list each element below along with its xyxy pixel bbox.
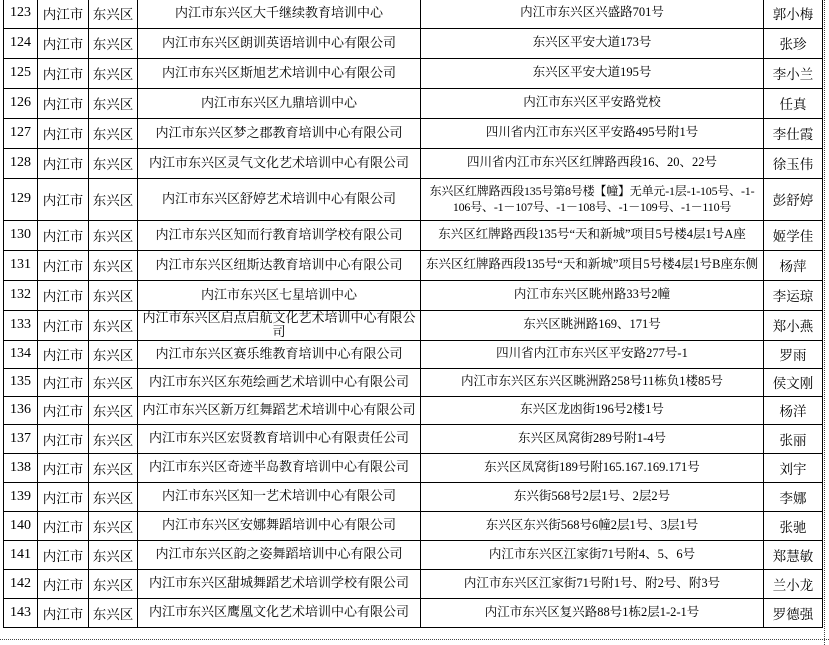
cell-institution-name: 内江市东兴区宏贤教育培训中心有限责任公司 <box>138 424 421 453</box>
table-row: 125内江市东兴区内江市东兴区斯旭艺术培训中心有限公司东兴区平安大道195号李小… <box>4 58 823 88</box>
cell-institution-name: 内江市东兴区大千继续教育培训中心 <box>138 0 421 28</box>
cell-address: 东兴区红牌路西段135号“天和新城”项目5号楼4层1号A座 <box>421 220 764 250</box>
cell-address: 东兴区红牌路西段135号“天和新城”项目5号楼4层1号B座东侧 <box>421 250 764 280</box>
cell-institution-name: 内江市东兴区九鼎培训中心 <box>138 88 421 118</box>
cell-district: 东兴区 <box>89 569 138 598</box>
cell-city: 内江市 <box>38 250 89 280</box>
table-row: 138内江市东兴区内江市东兴区奇迹半岛教育培训中心有限公司东兴区凤窝街189号附… <box>4 453 823 482</box>
cell-address: 东兴区平安大道173号 <box>421 28 764 58</box>
table-row: 136内江市东兴区内江市东兴区新万红舞蹈艺术培训中心有限公司东兴区龙凼街196号… <box>4 396 823 424</box>
cell-person: 张驰 <box>764 511 823 540</box>
cell-person: 李小兰 <box>764 58 823 88</box>
cell-number: 128 <box>4 148 38 178</box>
cell-district: 东兴区 <box>89 58 138 88</box>
cell-city: 内江市 <box>38 28 89 58</box>
table-row: 123内江市东兴区内江市东兴区大千继续教育培训中心内江市东兴区兴盛路701号郭小… <box>4 0 823 28</box>
cell-address: 内江市东兴区眺州路33号2幢 <box>421 280 764 310</box>
cell-institution-name: 内江市东兴区鹰凰文化艺术培训中心有限公司 <box>138 598 421 627</box>
table-row: 135内江市东兴区内江市东兴区东苑绘画艺术培训中心有限公司内江市东兴区东兴区眺洲… <box>4 368 823 396</box>
cell-address: 四川省内江市东兴区平安路495号附1号 <box>421 118 764 148</box>
cell-district: 东兴区 <box>89 368 138 396</box>
cell-number: 125 <box>4 58 38 88</box>
cell-person: 罗德强 <box>764 598 823 627</box>
cell-institution-name: 内江市东兴区灵气文化艺术培训中心有限公司 <box>138 148 421 178</box>
cell-number: 127 <box>4 118 38 148</box>
page-break-dotted-horizontal-line <box>0 639 829 640</box>
cell-address: 东兴区龙凼街196号2楼1号 <box>421 396 764 424</box>
cell-number: 134 <box>4 340 38 368</box>
table-row: 143内江市东兴区内江市东兴区鹰凰文化艺术培训中心有限公司内江市东兴区复兴路88… <box>4 598 823 627</box>
cell-district: 东兴区 <box>89 424 138 453</box>
table-body: 123内江市东兴区内江市东兴区大千继续教育培训中心内江市东兴区兴盛路701号郭小… <box>4 0 823 627</box>
cell-person: 张珍 <box>764 28 823 58</box>
cell-city: 内江市 <box>38 88 89 118</box>
cell-institution-name: 内江市东兴区安娜舞蹈培训中心有限公司 <box>138 511 421 540</box>
cell-number: 140 <box>4 511 38 540</box>
cell-city: 内江市 <box>38 58 89 88</box>
cell-city: 内江市 <box>38 280 89 310</box>
cell-number: 132 <box>4 280 38 310</box>
cell-institution-name: 内江市东兴区奇迹半岛教育培训中心有限公司 <box>138 453 421 482</box>
cell-city: 内江市 <box>38 148 89 178</box>
cell-person: 杨萍 <box>764 250 823 280</box>
cell-city: 内江市 <box>38 453 89 482</box>
cell-address: 四川省内江市东兴区红牌路西段16、20、22号 <box>421 148 764 178</box>
cell-person: 郑慧敏 <box>764 540 823 569</box>
cell-district: 东兴区 <box>89 178 138 220</box>
cell-institution-name: 内江市东兴区纽斯达教育培训中心有限公司 <box>138 250 421 280</box>
cell-person: 刘宇 <box>764 453 823 482</box>
cell-number: 136 <box>4 396 38 424</box>
cell-number: 129 <box>4 178 38 220</box>
cell-district: 东兴区 <box>89 340 138 368</box>
cell-number: 133 <box>4 310 38 340</box>
cell-institution-name: 内江市东兴区东苑绘画艺术培训中心有限公司 <box>138 368 421 396</box>
table-row: 141内江市东兴区内江市东兴区韵之姿舞蹈培训中心有限公司内江市东兴区江家街71号… <box>4 540 823 569</box>
page-break-dotted-vertical-line <box>824 0 825 645</box>
table-row: 133内江市东兴区内江市东兴区启点启航文化艺术培训中心有限公司东兴区眺洲路169… <box>4 310 823 340</box>
cell-person: 侯文刚 <box>764 368 823 396</box>
cell-district: 东兴区 <box>89 28 138 58</box>
cell-institution-name: 内江市东兴区七星培训中心 <box>138 280 421 310</box>
cell-institution-name: 内江市东兴区新万红舞蹈艺术培训中心有限公司 <box>138 396 421 424</box>
cell-address: 四川省内江市东兴区平安路277号-1 <box>421 340 764 368</box>
cell-city: 内江市 <box>38 482 89 511</box>
table-row: 131内江市东兴区内江市东兴区纽斯达教育培训中心有限公司东兴区红牌路西段135号… <box>4 250 823 280</box>
cell-district: 东兴区 <box>89 482 138 511</box>
cell-district: 东兴区 <box>89 118 138 148</box>
cell-institution-name: 内江市东兴区甜城舞蹈艺术培训学校有限公司 <box>138 569 421 598</box>
cell-address: 内江市东兴区兴盛路701号 <box>421 0 764 28</box>
cell-city: 内江市 <box>38 598 89 627</box>
cell-city: 内江市 <box>38 396 89 424</box>
cell-person: 李运琼 <box>764 280 823 310</box>
cell-district: 东兴区 <box>89 540 138 569</box>
cell-city: 内江市 <box>38 424 89 453</box>
cell-city: 内江市 <box>38 511 89 540</box>
table-row: 134内江市东兴区内江市东兴区赛乐维教育培训中心有限公司四川省内江市东兴区平安路… <box>4 340 823 368</box>
cell-number: 139 <box>4 482 38 511</box>
cell-address: 东兴区凤窝街189号附165.167.169.171号 <box>421 453 764 482</box>
cell-district: 东兴区 <box>89 511 138 540</box>
table-row: 132内江市东兴区内江市东兴区七星培训中心内江市东兴区眺州路33号2幢李运琼 <box>4 280 823 310</box>
cell-number: 124 <box>4 28 38 58</box>
cell-address: 东兴区红牌路西段135号第8号楼【幢】无单元-1层-1-105号、-1-106号… <box>421 178 764 220</box>
table-row: 129内江市东兴区内江市东兴区舒婷艺术培训中心有限公司东兴区红牌路西段135号第… <box>4 178 823 220</box>
cell-address: 东兴街568号2层1号、2层2号 <box>421 482 764 511</box>
cell-address: 内江市东兴区复兴路88号1栋2层1-2-1号 <box>421 598 764 627</box>
cell-person: 任真 <box>764 88 823 118</box>
cell-number: 123 <box>4 0 38 28</box>
cell-address: 内江市东兴区江家街71号附1号、附2号、附3号 <box>421 569 764 598</box>
cell-city: 内江市 <box>38 0 89 28</box>
table-row: 137内江市东兴区内江市东兴区宏贤教育培训中心有限责任公司东兴区凤窝街289号附… <box>4 424 823 453</box>
cell-person: 郑小燕 <box>764 310 823 340</box>
cell-institution-name: 内江市东兴区知一艺术培训中心有限公司 <box>138 482 421 511</box>
cell-number: 131 <box>4 250 38 280</box>
cell-institution-name: 内江市东兴区梦之郡教育培训中心有限公司 <box>138 118 421 148</box>
table-row: 128内江市东兴区内江市东兴区灵气文化艺术培训中心有限公司四川省内江市东兴区红牌… <box>4 148 823 178</box>
cell-person: 张丽 <box>764 424 823 453</box>
cell-city: 内江市 <box>38 220 89 250</box>
cell-district: 东兴区 <box>89 280 138 310</box>
cell-address: 东兴区眺洲路169、171号 <box>421 310 764 340</box>
cell-district: 东兴区 <box>89 310 138 340</box>
cell-institution-name: 内江市东兴区知而行教育培训学校有限公司 <box>138 220 421 250</box>
document-page: 123内江市东兴区内江市东兴区大千继续教育培训中心内江市东兴区兴盛路701号郭小… <box>0 0 829 645</box>
table-row: 140内江市东兴区内江市东兴区安娜舞蹈培训中心有限公司东兴区东兴街568号6幢2… <box>4 511 823 540</box>
training-institutions-table: 123内江市东兴区内江市东兴区大千继续教育培训中心内江市东兴区兴盛路701号郭小… <box>3 0 823 628</box>
cell-city: 内江市 <box>38 340 89 368</box>
cell-institution-name: 内江市东兴区舒婷艺术培训中心有限公司 <box>138 178 421 220</box>
cell-number: 137 <box>4 424 38 453</box>
cell-person: 李娜 <box>764 482 823 511</box>
table-row: 124内江市东兴区内江市东兴区朗训英语培训中心有限公司东兴区平安大道173号张珍 <box>4 28 823 58</box>
cell-number: 143 <box>4 598 38 627</box>
cell-number: 135 <box>4 368 38 396</box>
cell-district: 东兴区 <box>89 396 138 424</box>
cell-person: 李仕霞 <box>764 118 823 148</box>
cell-address: 内江市东兴区平安路党校 <box>421 88 764 118</box>
cell-address: 内江市东兴区东兴区眺洲路258号11栋负1楼85号 <box>421 368 764 396</box>
table-row: 130内江市东兴区内江市东兴区知而行教育培训学校有限公司东兴区红牌路西段135号… <box>4 220 823 250</box>
table-row: 127内江市东兴区内江市东兴区梦之郡教育培训中心有限公司四川省内江市东兴区平安路… <box>4 118 823 148</box>
cell-address: 东兴区东兴街568号6幢2层1号、3层1号 <box>421 511 764 540</box>
cell-city: 内江市 <box>38 368 89 396</box>
cell-institution-name: 内江市东兴区赛乐维教育培训中心有限公司 <box>138 340 421 368</box>
cell-number: 126 <box>4 88 38 118</box>
cell-city: 内江市 <box>38 118 89 148</box>
cell-person: 彭舒婷 <box>764 178 823 220</box>
cell-person: 罗雨 <box>764 340 823 368</box>
cell-number: 141 <box>4 540 38 569</box>
cell-city: 内江市 <box>38 569 89 598</box>
table-row: 139内江市东兴区内江市东兴区知一艺术培训中心有限公司东兴街568号2层1号、2… <box>4 482 823 511</box>
cell-address: 东兴区平安大道195号 <box>421 58 764 88</box>
cell-institution-name: 内江市东兴区启点启航文化艺术培训中心有限公司 <box>138 310 421 340</box>
cell-number: 130 <box>4 220 38 250</box>
cell-person: 徐玉伟 <box>764 148 823 178</box>
cell-person: 郭小梅 <box>764 0 823 28</box>
cell-institution-name: 内江市东兴区韵之姿舞蹈培训中心有限公司 <box>138 540 421 569</box>
cell-district: 东兴区 <box>89 148 138 178</box>
cell-city: 内江市 <box>38 178 89 220</box>
cell-address: 内江市东兴区江家街71号附4、5、6号 <box>421 540 764 569</box>
cell-person: 姬学佳 <box>764 220 823 250</box>
cell-district: 东兴区 <box>89 598 138 627</box>
cell-city: 内江市 <box>38 310 89 340</box>
cell-district: 东兴区 <box>89 88 138 118</box>
cell-institution-name: 内江市东兴区斯旭艺术培训中心有限公司 <box>138 58 421 88</box>
cell-address: 东兴区凤窝街289号附1-4号 <box>421 424 764 453</box>
cell-institution-name: 内江市东兴区朗训英语培训中心有限公司 <box>138 28 421 58</box>
cell-district: 东兴区 <box>89 0 138 28</box>
cell-number: 138 <box>4 453 38 482</box>
cell-city: 内江市 <box>38 540 89 569</box>
table-row: 142内江市东兴区内江市东兴区甜城舞蹈艺术培训学校有限公司内江市东兴区江家街71… <box>4 569 823 598</box>
cell-number: 142 <box>4 569 38 598</box>
cell-district: 东兴区 <box>89 250 138 280</box>
cell-district: 东兴区 <box>89 453 138 482</box>
cell-district: 东兴区 <box>89 220 138 250</box>
table-row: 126内江市东兴区内江市东兴区九鼎培训中心内江市东兴区平安路党校任真 <box>4 88 823 118</box>
cell-person: 兰小龙 <box>764 569 823 598</box>
cell-person: 杨洋 <box>764 396 823 424</box>
